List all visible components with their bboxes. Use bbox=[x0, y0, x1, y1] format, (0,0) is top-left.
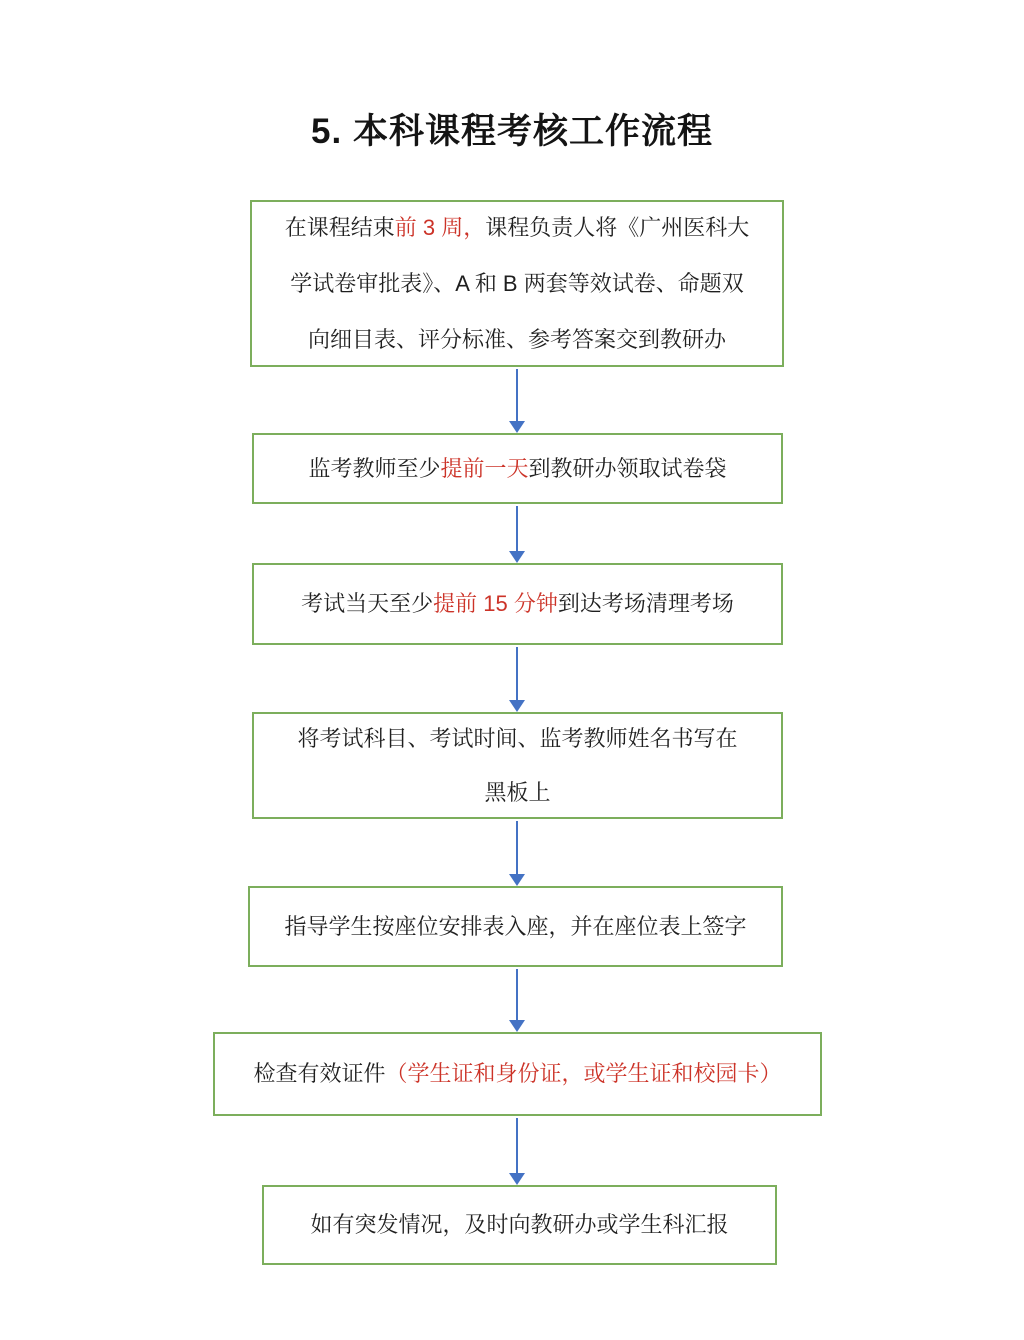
flow-arrow-1 bbox=[509, 369, 525, 433]
page-title: 5. 本科课程考核工作流程 bbox=[0, 104, 1024, 154]
step-text-line: 考试当天至少提前 15 分钟到达考场清理考场 bbox=[301, 576, 734, 632]
text-segment: 在课程结束 bbox=[285, 215, 395, 240]
arrow-down-icon bbox=[509, 1173, 525, 1185]
flow-arrow-5 bbox=[509, 969, 525, 1032]
text-segment: 监考教师至少 bbox=[308, 456, 440, 481]
step-text-line: 检查有效证件（学生证和身份证，或学生证和校园卡） bbox=[253, 1046, 781, 1102]
step-text-line: 将考试科目、考试时间、监考教师姓名书写在 bbox=[297, 712, 737, 766]
step-text-line: 监考教师至少提前一天到教研办领取试卷袋 bbox=[308, 441, 726, 497]
text-segment: 指导学生按座位安排表入座，并在座位表上签字 bbox=[284, 914, 746, 939]
step-text-line: 黑板上 bbox=[484, 766, 550, 820]
text-segment: 黑板上 bbox=[484, 780, 550, 805]
flow-step-1: 在课程结束前 3 周，课程负责人将《广州医科大 学试卷审批表》、A 和 B 两套… bbox=[250, 200, 784, 367]
step-text-line: 如有突发情况，及时向教研办或学生科汇报 bbox=[310, 1197, 728, 1253]
highlight-text-segment: （学生证和身份证，或学生证和校园卡） bbox=[386, 1061, 782, 1086]
flow-step-3: 考试当天至少提前 15 分钟到达考场清理考场 bbox=[252, 563, 783, 645]
text-segment: 向细目表、评分标准、参考答案交到教研办 bbox=[308, 327, 726, 352]
arrow-shaft bbox=[516, 369, 518, 421]
flow-arrow-2 bbox=[509, 506, 525, 563]
highlight-text-segment: 前 3 周， bbox=[395, 215, 485, 240]
flow-arrow-3 bbox=[509, 647, 525, 712]
step-text-line: 学试卷审批表》、A 和 B 两套等效试卷、命题双 bbox=[290, 256, 743, 312]
arrow-shaft bbox=[516, 1118, 518, 1173]
arrow-shaft bbox=[516, 506, 518, 551]
flow-step-6: 检查有效证件（学生证和身份证，或学生证和校园卡） bbox=[213, 1032, 822, 1116]
arrow-down-icon bbox=[509, 874, 525, 886]
flowchart-page: 5. 本科课程考核工作流程 在课程结束前 3 周，课程负责人将《广州医科大 学试… bbox=[0, 0, 1024, 1340]
flow-step-4: 将考试科目、考试时间、监考教师姓名书写在 黑板上 bbox=[252, 712, 783, 819]
arrow-shaft bbox=[516, 821, 518, 874]
arrow-down-icon bbox=[509, 551, 525, 563]
arrow-shaft bbox=[516, 647, 518, 700]
step-text-line: 指导学生按座位安排表入座，并在座位表上签字 bbox=[284, 899, 746, 955]
text-segment: 检查有效证件 bbox=[253, 1061, 385, 1086]
text-segment: 如有突发情况，及时向教研办或学生科汇报 bbox=[310, 1212, 728, 1237]
step-text-line: 向细目表、评分标准、参考答案交到教研办 bbox=[308, 312, 726, 368]
arrow-down-icon bbox=[509, 421, 525, 433]
text-segment: 将考试科目、考试时间、监考教师姓名书写在 bbox=[297, 726, 737, 751]
flow-arrow-4 bbox=[509, 821, 525, 886]
text-segment: 到教研办领取试卷袋 bbox=[529, 456, 727, 481]
flow-arrow-6 bbox=[509, 1118, 525, 1185]
flow-step-7: 如有突发情况，及时向教研办或学生科汇报 bbox=[262, 1185, 777, 1265]
flow-step-2: 监考教师至少提前一天到教研办领取试卷袋 bbox=[252, 433, 783, 504]
arrow-down-icon bbox=[509, 1020, 525, 1032]
text-segment: 到达考场清理考场 bbox=[558, 591, 734, 616]
flow-step-5: 指导学生按座位安排表入座，并在座位表上签字 bbox=[248, 886, 783, 967]
text-segment: 课程负责人将《广州医科大 bbox=[485, 215, 749, 240]
arrow-down-icon bbox=[509, 700, 525, 712]
highlight-text-segment: 提前 15 分钟 bbox=[433, 591, 558, 616]
text-segment: 考试当天至少 bbox=[301, 591, 433, 616]
arrow-shaft bbox=[516, 969, 518, 1020]
text-segment: 学试卷审批表》、A 和 B 两套等效试卷、命题双 bbox=[290, 271, 743, 296]
step-text-line: 在课程结束前 3 周，课程负责人将《广州医科大 bbox=[285, 200, 750, 256]
highlight-text-segment: 提前一天 bbox=[440, 456, 528, 481]
